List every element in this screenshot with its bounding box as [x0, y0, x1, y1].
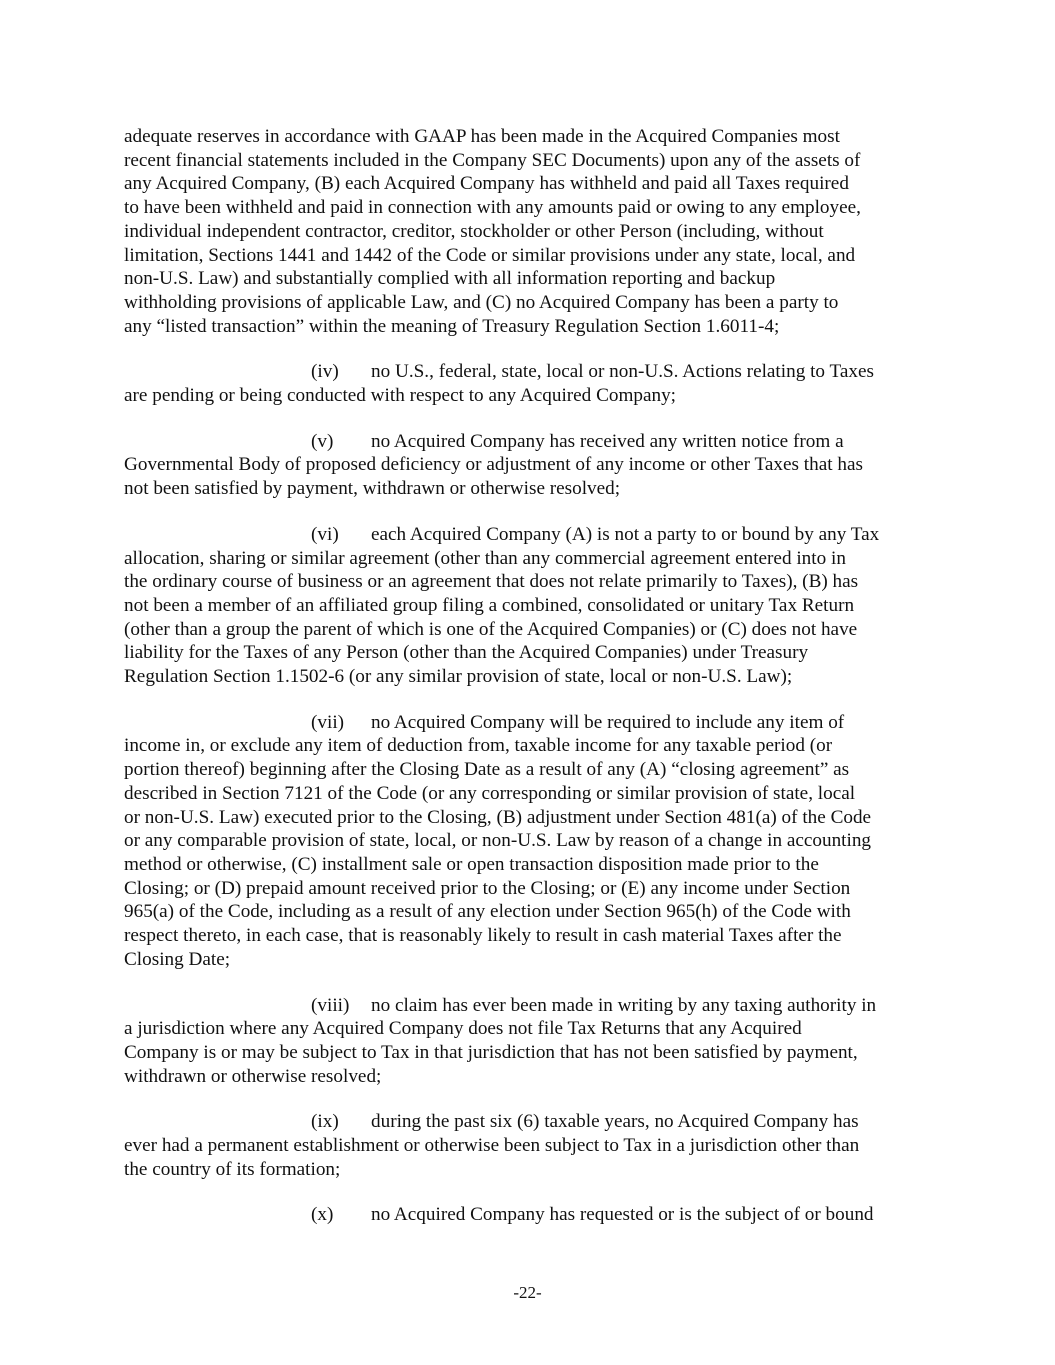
text-line: withholding provisions of applicable Law…	[124, 291, 936, 315]
clause-first-line: (x)no Acquired Company has requested or …	[124, 1203, 936, 1227]
clause-v: (v)no Acquired Company has received any …	[124, 430, 936, 501]
text-line: income in, or exclude any item of deduct…	[124, 734, 936, 758]
text-line: Closing Date;	[124, 948, 936, 972]
text-line: Closing; or (D) prepaid amount received …	[124, 877, 936, 901]
text-line: the country of its formation;	[124, 1158, 936, 1182]
clause-number: (vii)	[311, 711, 371, 735]
text-line: adequate reserves in accordance with GAA…	[124, 125, 936, 149]
clause-first-line: (v)no Acquired Company has received any …	[124, 430, 936, 454]
text-line: allocation, sharing or similar agreement…	[124, 547, 936, 571]
clause-number: (iv)	[311, 360, 371, 384]
clause-iv: (iv)no U.S., federal, state, local or no…	[124, 360, 936, 407]
clause-number: (x)	[311, 1203, 371, 1227]
clause-first-line: (viii)no claim has ever been made in wri…	[124, 994, 936, 1018]
text-line: limitation, Sections 1441 and 1442 of th…	[124, 244, 936, 268]
clause-viii: (viii)no claim has ever been made in wri…	[124, 994, 936, 1089]
document-page: adequate reserves in accordance with GAA…	[124, 125, 936, 1249]
text-line: Regulation Section 1.1502-6 (or any simi…	[124, 665, 936, 689]
text-line: or any comparable provision of state, lo…	[124, 829, 936, 853]
clause-vi: (vi)each Acquired Company (A) is not a p…	[124, 523, 936, 689]
text-line: 965(a) of the Code, including as a resul…	[124, 900, 936, 924]
text-line: portion thereof) beginning after the Clo…	[124, 758, 936, 782]
text-line: or non-U.S. Law) executed prior to the C…	[124, 806, 936, 830]
clause-first-line: (iv)no U.S., federal, state, local or no…	[124, 360, 936, 384]
page-number: -22-	[0, 1283, 1055, 1303]
text-line: not been satisfied by payment, withdrawn…	[124, 477, 936, 501]
text-line: not been a member of an affiliated group…	[124, 594, 936, 618]
clause-text: no Acquired Company has requested or is …	[371, 1204, 874, 1225]
text-line: individual independent contractor, credi…	[124, 220, 936, 244]
text-line: a jurisdiction where any Acquired Compan…	[124, 1017, 936, 1041]
clause-text: no Acquired Company will be required to …	[371, 712, 844, 733]
text-line: non-U.S. Law) and substantially complied…	[124, 267, 936, 291]
text-line: liability for the Taxes of any Person (o…	[124, 641, 936, 665]
text-line: to have been withheld and paid in connec…	[124, 196, 936, 220]
clause-ix: (ix)during the past six (6) taxable year…	[124, 1110, 936, 1181]
text-line: recent financial statements included in …	[124, 149, 936, 173]
clause-number: (vi)	[311, 523, 371, 547]
text-line: respect thereto, in each case, that is r…	[124, 924, 936, 948]
clause-number: (ix)	[311, 1110, 371, 1134]
clause-first-line: (ix)during the past six (6) taxable year…	[124, 1110, 936, 1134]
text-line: any “listed transaction” within the mean…	[124, 315, 936, 339]
text-line: the ordinary course of business or an ag…	[124, 570, 936, 594]
text-line: described in Section 7121 of the Code (o…	[124, 782, 936, 806]
clause-text: during the past six (6) taxable years, n…	[371, 1111, 859, 1132]
text-line: Company is or may be subject to Tax in t…	[124, 1041, 936, 1065]
clause-text: no Acquired Company has received any wri…	[371, 431, 844, 452]
clause-text: no claim has ever been made in writing b…	[371, 995, 876, 1016]
text-line: method or otherwise, (C) installment sal…	[124, 853, 936, 877]
clause-x: (x)no Acquired Company has requested or …	[124, 1203, 936, 1227]
text-line: any Acquired Company, (B) each Acquired …	[124, 172, 936, 196]
clause-text: each Acquired Company (A) is not a party…	[371, 524, 879, 545]
clause-number: (v)	[311, 430, 371, 454]
clause-vii: (vii)no Acquired Company will be require…	[124, 711, 936, 972]
text-line: Governmental Body of proposed deficiency…	[124, 453, 936, 477]
clause-text: no U.S., federal, state, local or non-U.…	[371, 361, 874, 382]
clause-first-line: (vii)no Acquired Company will be require…	[124, 711, 936, 735]
text-line: ever had a permanent establishment or ot…	[124, 1134, 936, 1158]
text-line: are pending or being conducted with resp…	[124, 384, 936, 408]
clause-number: (viii)	[311, 994, 371, 1018]
clause-first-line: (vi)each Acquired Company (A) is not a p…	[124, 523, 936, 547]
continuation-paragraph: adequate reserves in accordance with GAA…	[124, 125, 936, 338]
text-line: withdrawn or otherwise resolved;	[124, 1065, 936, 1089]
text-line: (other than a group the parent of which …	[124, 618, 936, 642]
